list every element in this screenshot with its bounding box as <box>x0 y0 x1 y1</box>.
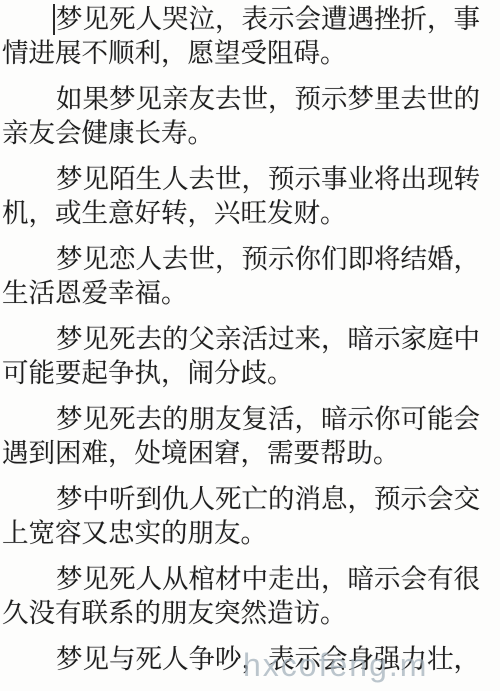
text-line: 上宽容又忠实的朋友。 <box>2 516 498 550</box>
text-line: 梦见陌生人去世，预示事业将出现转 <box>2 162 498 196</box>
text-line: 梦中听到仇人死亡的消息，预示会交 <box>2 482 498 516</box>
text-line: 遇到困难，处境困窘，需要帮助。 <box>2 436 498 470</box>
text-line: 亲友会健康长寿。 <box>2 116 498 150</box>
text-line: 梦见死去的父亲活过来，暗示家庭中 <box>2 322 498 356</box>
text-line: 久没有联系的朋友突然造访。 <box>2 596 498 630</box>
text-cursor <box>53 4 55 35</box>
paragraph: 梦见死人从棺材中走出，暗示会有很 久没有联系的朋友突然造访。 <box>2 562 498 630</box>
paragraph: 梦见与死人争吵，表示会身强力壮， <box>2 642 498 676</box>
text-line: 可能要起争执，闹分歧。 <box>2 356 498 390</box>
text-line: 生活恩爱幸福。 <box>2 276 498 310</box>
article-page: 梦见死人哭泣，表示会遭遇挫折，事 情进展不顺利，愿望受阻碍。 如果梦见亲友去世，… <box>0 0 500 691</box>
text-line: 情进展不顺利，愿望受阻碍。 <box>2 36 498 70</box>
text-line: 梦见死人从棺材中走出，暗示会有很 <box>2 562 498 596</box>
paragraph: 梦见死去的父亲活过来，暗示家庭中 可能要起争执，闹分歧。 <box>2 322 498 390</box>
paragraph: 梦见恋人去世，预示你们即将结婚， 生活恩爱幸福。 <box>2 242 498 310</box>
paragraph: 梦见死人哭泣，表示会遭遇挫折，事 情进展不顺利，愿望受阻碍。 <box>2 2 498 70</box>
paragraph: 梦中听到仇人死亡的消息，预示会交 上宽容又忠实的朋友。 <box>2 482 498 550</box>
text-line: 梦见恋人去世，预示你们即将结婚， <box>2 242 498 276</box>
text-line: 梦见与死人争吵，表示会身强力壮， <box>2 642 498 676</box>
paragraph: 梦见陌生人去世，预示事业将出现转 机，或生意好转，兴旺发财。 <box>2 162 498 230</box>
text-line: 梦见死去的朋友复活，暗示你可能会 <box>2 402 498 436</box>
text-line: 机，或生意好转，兴旺发财。 <box>2 196 498 230</box>
dream-interpretation-text: 梦见死人哭泣，表示会遭遇挫折，事 情进展不顺利，愿望受阻碍。 如果梦见亲友去世，… <box>2 2 498 688</box>
paragraph: 如果梦见亲友去世，预示梦里去世的 亲友会健康长寿。 <box>2 82 498 150</box>
paragraph: 梦见死去的朋友复活，暗示你可能会 遇到困难，处境困窘，需要帮助。 <box>2 402 498 470</box>
text-line: 梦见死人哭泣，表示会遭遇挫折，事 <box>2 2 498 36</box>
text-line: 如果梦见亲友去世，预示梦里去世的 <box>2 82 498 116</box>
